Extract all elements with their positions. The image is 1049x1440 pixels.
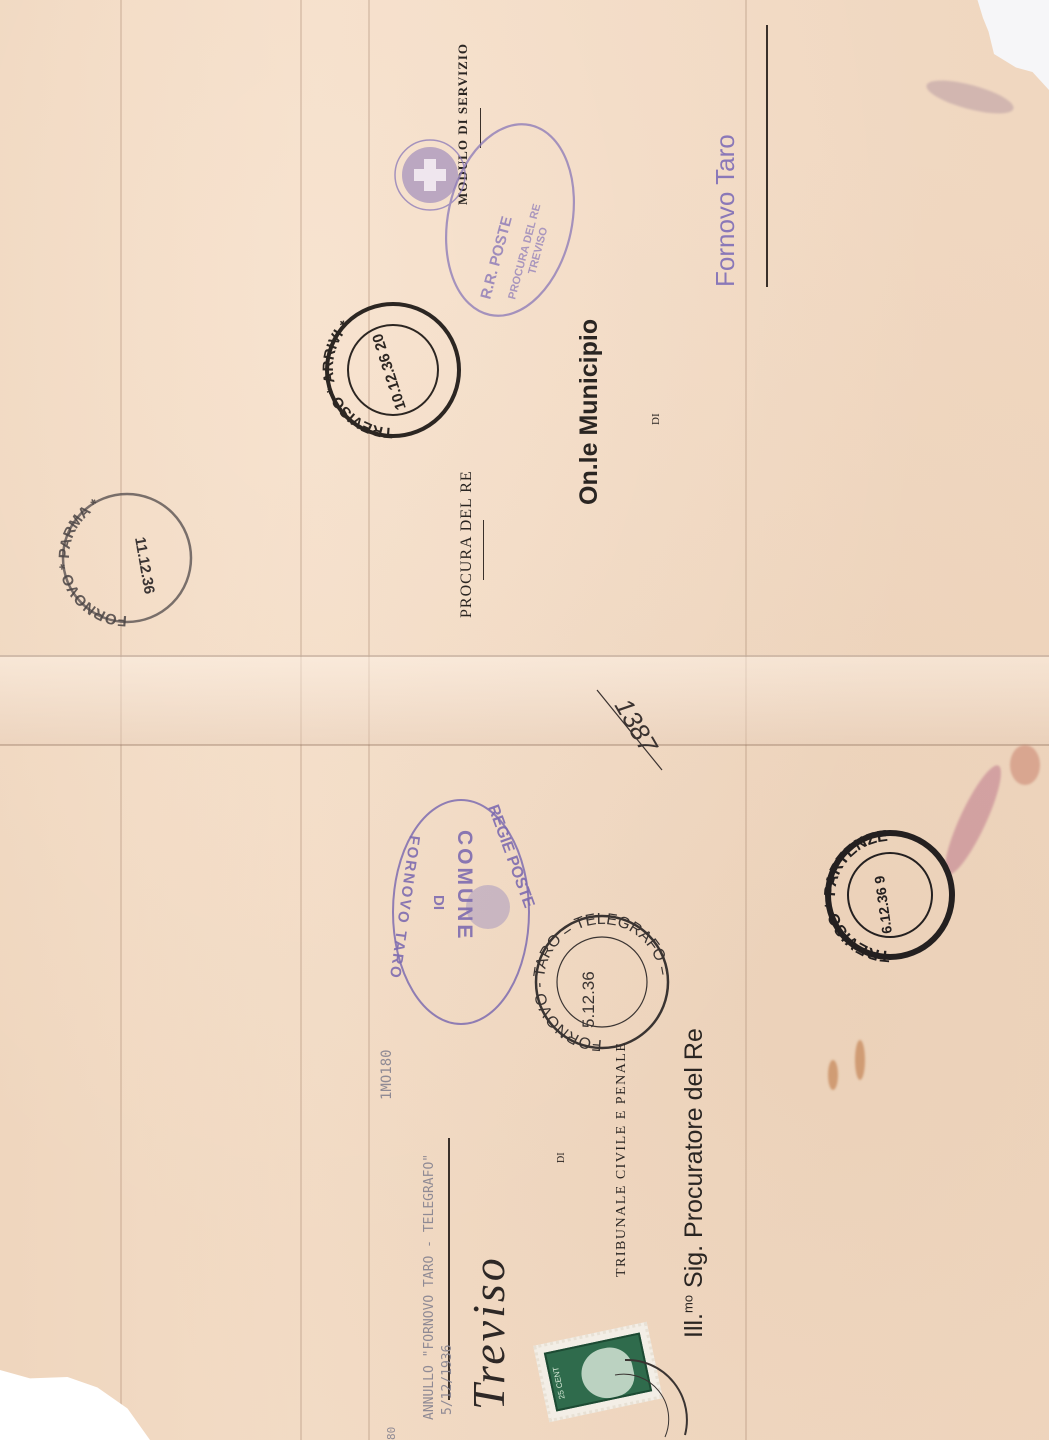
addressee-name: Sig. Procuratore del Re xyxy=(680,1028,708,1288)
postage-cancel-mark xyxy=(585,1355,705,1440)
address-rule xyxy=(766,25,768,287)
paper-stain xyxy=(828,1060,838,1090)
svg-text:1387: 1387 xyxy=(609,693,665,759)
upper-addressee: On.le Municipio xyxy=(575,319,604,505)
annotation-line-2: 5/12/1936 xyxy=(440,1345,455,1415)
svg-text:FORNOVO - TARO = TELEGRAFO =: FORNOVO - TARO = TELEGRAFO = xyxy=(532,911,673,1053)
handwritten-place: Treviso xyxy=(462,1255,515,1410)
upper-di-label: DI xyxy=(650,413,662,425)
catalog-code: 1MO180 xyxy=(379,1049,395,1100)
fold-line xyxy=(0,655,1049,657)
lower-di-label: DI xyxy=(556,1152,567,1163)
paper-stain xyxy=(1010,745,1040,785)
svg-text:DI: DI xyxy=(430,895,447,910)
postmark-fornovo-taro-telegrafo: FORNOVO - TARO = TELEGRAFO = 5.12.36 xyxy=(532,910,682,1060)
svg-text:COMUNE: COMUNE xyxy=(453,830,476,941)
addressee-prefix: Ill. xyxy=(680,1313,708,1338)
handwritten-reference: 1387 xyxy=(592,685,712,775)
svg-text:FORNOVO * PARMA *: FORNOVO * PARMA * xyxy=(56,496,128,630)
court-name: TRIBUNALE CIVILE E PENALE xyxy=(614,1042,630,1277)
postmark-treviso-partenze: TREVISO * PARTENZE 6.12.36 9 xyxy=(820,823,970,973)
annotation-line-1: ANNULLO "FORNOVO TARO - TELEGRAFO" xyxy=(422,1154,437,1420)
violet-oval-stamp-procura: R.R. POSTE PROCURA DEL RE TREVISO xyxy=(385,110,580,320)
postmark-date: 6.12.36 9 xyxy=(871,875,895,935)
fold-line xyxy=(0,744,1049,746)
postmark-treviso-arrivi: TREVISO * ARRIVI * 10.12.36 20 xyxy=(318,298,468,443)
postmark-fornovo-parma: FORNOVO * PARMA * 11.12.36 xyxy=(55,488,205,633)
postmark-date: 10.12.36 20 xyxy=(369,331,410,412)
postmark-date: 11.12.36 xyxy=(131,536,158,596)
paper-stain xyxy=(855,1040,865,1080)
corner-mark: 80 xyxy=(385,1427,398,1440)
fold-band xyxy=(0,655,1049,745)
upper-place: Fornovo Taro xyxy=(710,134,741,287)
postmark-date: 5.12.36 xyxy=(579,971,598,1028)
violet-oval-stamp-comune: REGIE POSTE COMUNE DI FORNOVO TARO xyxy=(388,795,538,1030)
postage-denomination: 25 CENT xyxy=(549,1354,578,1411)
sender-office: PROCURA DEL RE xyxy=(458,470,476,618)
addressee-superscript: mo xyxy=(681,1295,696,1313)
lower-addressee: Ill.mo Sig. Procuratore del Re xyxy=(680,1028,709,1338)
ornament-rule xyxy=(483,520,484,580)
